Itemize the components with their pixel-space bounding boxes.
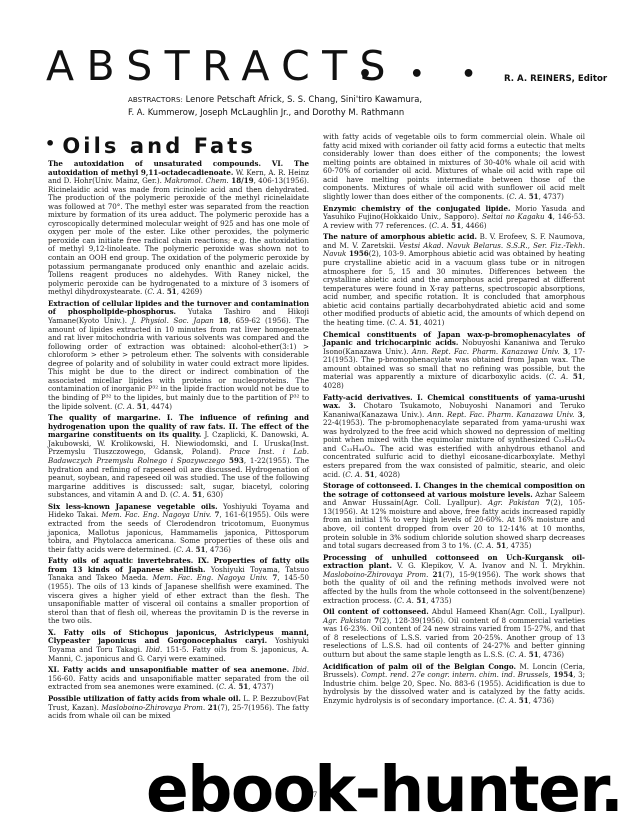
abstract-ref-volume: 51 xyxy=(362,470,374,479)
watermark: ebook-hunter.org xyxy=(146,757,619,823)
abstract-ref-page: , 4735) xyxy=(506,541,531,550)
abstract-entry: Chemical constituents of Japan wax-p-bro… xyxy=(323,331,585,391)
abstract-entry: Fatty oils of aquatic invertebrates. IX.… xyxy=(48,557,309,625)
abstract-ref-page: , 4737) xyxy=(248,682,273,691)
abstract-body: (2), 105-13(1956). At 12% moisture and a… xyxy=(323,498,585,550)
abstract-entry: XI. Fatty acids and unsaponifiable matte… xyxy=(48,666,309,692)
abstract-body: with fatty acids of vegetable oils to fo… xyxy=(323,132,585,201)
abstract-body: , 145-50 (1955). The oils of 13 kinds of… xyxy=(48,573,309,625)
abstract-ref-journal: C. A. xyxy=(499,696,516,705)
abstract-ref-volume: 51 xyxy=(134,402,146,411)
abstract-ref-journal: C. A. xyxy=(549,372,568,381)
abstract-ref-volume: 51 xyxy=(190,490,202,499)
abstract-entry: Acidification of palm oil of the Belgian… xyxy=(323,663,585,706)
abstract-ref-page: , 4736) xyxy=(529,696,554,705)
abstract-ref-journal: C. A. xyxy=(509,650,526,659)
abstract-ref-page: , 4269) xyxy=(177,287,202,296)
abstract-entry: The nature of amorphous abietic acid. B.… xyxy=(323,233,585,327)
masthead-dots: • • • xyxy=(358,65,491,85)
abstract-ref-page: , 630) xyxy=(202,490,223,499)
abstract-ref-volume: 51 xyxy=(568,372,583,381)
abstract-entry: Enzymic chemistry of the conjugated lipi… xyxy=(323,205,585,231)
abstract-body: , 659-62 (1956). The amount of lipides e… xyxy=(48,316,309,410)
abstract-ref-journal: C. A. xyxy=(219,682,236,691)
abstract-ref-journal: C. A. xyxy=(390,318,407,327)
abstract-body: (2), 103-9. Amorphous abietic acid was o… xyxy=(323,249,585,326)
abstract-entry: Oil content of cottonseed. Abdul Hameed … xyxy=(323,608,585,659)
abstract-ref-journal: C. A. xyxy=(345,470,362,479)
abstract-ref-volume: 51 xyxy=(407,318,419,327)
abstract-ref-journal: C. A. xyxy=(176,545,193,554)
abstract-ref-volume: 51 xyxy=(193,545,205,554)
abstract-ref-page: , 4737) xyxy=(539,192,564,201)
abstract-volume: 4 xyxy=(545,212,553,221)
abstractors-line-2: F. A. Kummerow, Joseph McLaughlin Jr., a… xyxy=(128,106,528,118)
editor-credit: R. A. REINERS, Editor xyxy=(504,73,607,85)
abstract-entry: Possible utilization of fatty acids from… xyxy=(48,695,309,721)
abstract-journal: Seitai no Kagaku xyxy=(482,212,544,221)
abstract-ref-journal: C. A. xyxy=(432,221,449,230)
abstract-ref-journal: C. A. xyxy=(173,490,190,499)
abstract-ref-volume: 51 xyxy=(236,682,248,691)
abstract-ref-volume: 51 xyxy=(526,650,538,659)
abstract-ref-page: , 4021) xyxy=(419,318,444,327)
abstractors-credit: ABSTRACTORS: Lenore Petschaft Africk, S.… xyxy=(128,93,528,118)
right-column: with fatty acids of vegetable oils to fo… xyxy=(323,133,585,709)
abstract-ref-volume: 51 xyxy=(414,596,426,605)
abstract-entry: with fatty acids of vegetable oils to fo… xyxy=(323,133,585,201)
abstractors-line-1: Lenore Petschaft Africk, S. S. Chang, Si… xyxy=(183,94,422,104)
abstract-ref-page: , 4735) xyxy=(426,596,451,605)
masthead: ABSTRACTS • • • R. A. REINERS, Editor xyxy=(46,46,586,86)
abstract-entry: Storage of cottonseed. I. Changes in the… xyxy=(323,482,585,550)
abstract-ref-journal: C. A. xyxy=(509,192,526,201)
abstract-entry: Extraction of cellular lipides and the t… xyxy=(48,300,309,411)
abstract-body: , 406-13(1956). Ricinelaidic acid was ma… xyxy=(48,176,309,296)
abstract-ref-volume: 51 xyxy=(526,192,538,201)
abstract-ref-journal: C. A. xyxy=(147,287,164,296)
masthead-title: ABSTRACTS xyxy=(46,46,398,86)
abstract-ref-volume: 51 xyxy=(494,541,506,550)
left-column: The autoxidation of unsaturated compound… xyxy=(48,160,309,724)
abstract-ref-journal: C. A. xyxy=(397,596,414,605)
abstract-ref-journal: C. A. xyxy=(117,402,134,411)
abstract-ref-volume: 51 xyxy=(449,221,461,230)
section-title: Oils and Fats xyxy=(62,134,256,158)
abstract-entry: Fatty-acid derivatives. I. Chemical cons… xyxy=(323,394,585,479)
abstract-entry: The autoxidation of unsaturated compound… xyxy=(48,160,309,297)
bullet-icon: • xyxy=(45,134,58,153)
abstract-ref-journal: C. A. xyxy=(477,541,494,550)
abstract-ref-page: , 4474) xyxy=(147,402,172,411)
abstract-ref-volume: 51 xyxy=(516,696,528,705)
abstract-volume: 21 xyxy=(205,703,218,712)
abstract-entry: Processing of unhulled cottonseed on Uch… xyxy=(323,554,585,605)
abstractors-label: ABSTRACTORS: xyxy=(128,96,183,104)
abstract-ref-page: , 4028) xyxy=(375,470,400,479)
abstract-ref-page: , 4466) xyxy=(461,221,486,230)
abstract-body: , 22-4(1953). The p-bromophenacylate sep… xyxy=(323,410,585,479)
abstract-ref-volume: 51 xyxy=(164,287,176,296)
journal-page: ABSTRACTS • • • R. A. REINERS, Editor AB… xyxy=(0,0,619,825)
abstract-ref-page: , 4736) xyxy=(539,650,564,659)
section-heading: •Oils and Fats xyxy=(45,132,256,158)
abstract-ref-page: , 4736) xyxy=(206,545,231,554)
abstract-entry: X. Fatty oils of Stichopus japonicus, As… xyxy=(48,629,309,663)
abstract-entry: The quality of margarine. I. The influen… xyxy=(48,414,309,499)
abstract-entry: Six less-known Japanese vegetable oils. … xyxy=(48,503,309,554)
